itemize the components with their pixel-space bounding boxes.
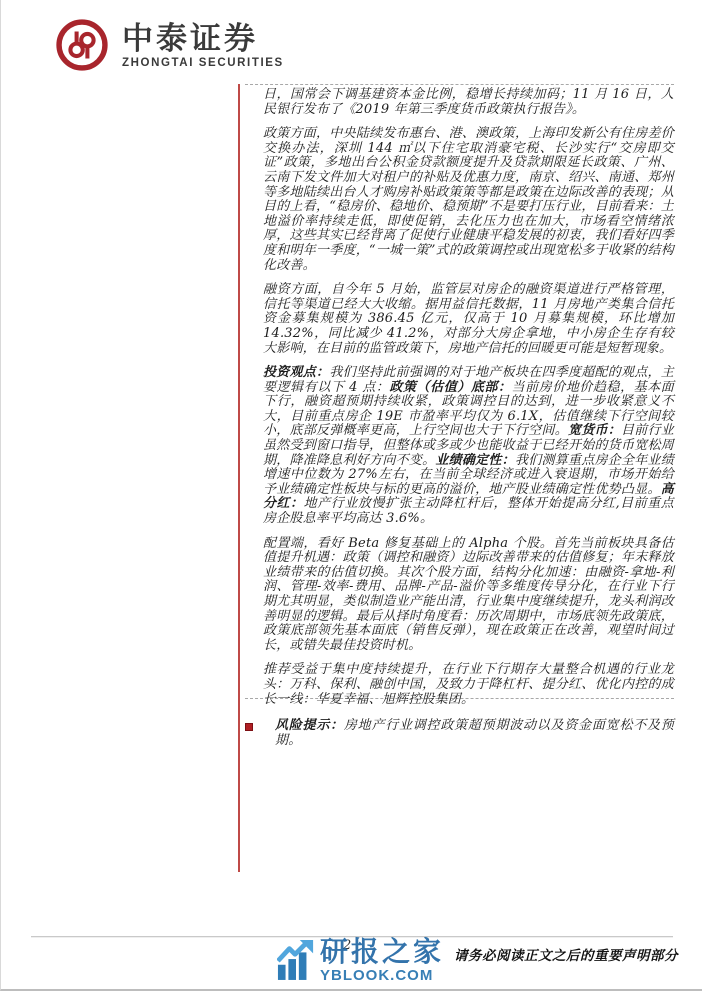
summary-left-rule: [238, 84, 240, 872]
paragraph-text: 日，国常会下调基建资本金比例，稳增长持续加码；11 月 16 日，人民银行发布了…: [263, 87, 674, 117]
paragraph: 配置端，看好 Beta 修复基础上的 Alpha 个股。首先当前板块具备估值提升…: [263, 537, 674, 654]
summary-body: 日，国常会下调基建资本金比例，稳增长持续加码；11 月 16 日，人民银行发布了…: [263, 88, 674, 748]
paragraph-text: 配置端，看好 Beta 修复基础上的 Alpha 个股。首先当前板块具备估值提升…: [263, 536, 674, 653]
paragraph-text: 地产行业放慢扩张主动降杠杆后，整体开始提高分红,目前重点房企股息率平均高达 3.…: [263, 496, 674, 526]
watermark-site: YBLOOK.COM: [320, 967, 444, 984]
summary-top-dashed-divider: [245, 84, 674, 85]
watermark-title: 研报之家: [320, 938, 444, 966]
paragraph-lead-in: 业绩确定性：: [435, 453, 515, 468]
paragraph-text: 推荐受益于集中度持续提升，在行业下行期存大量整合机遇的行业龙头：万科、保利、融创…: [263, 662, 674, 706]
paragraph: 推荐受益于集中度持续提升，在行业下行期存大量整合机遇的行业龙头：万科、保利、融创…: [263, 663, 674, 707]
paragraph-lead-in: 投资观点：: [263, 365, 329, 380]
brand-text: 中泰证券 ZHONGTAI SECURITIES: [122, 22, 284, 69]
risk-note: 风险提示：房地产行业调控政策超预期波动以及资金面宽松不及预期。: [263, 719, 674, 748]
paragraph-text: 融资方面，自今年 5 月始，监管层对房企的融资渠道进行严格管理，信托等渠道已经大…: [263, 282, 674, 355]
chart-arrow-icon: [277, 940, 315, 980]
risk-bullet-icon: [245, 723, 253, 731]
paragraph-lead-in: 政策（估值）底部：: [389, 380, 511, 395]
paragraph: 政策方面，中央陆续发布惠台、港、澳政策，上海印发新公有住房差价交换办法，深圳 1…: [263, 127, 674, 273]
yblook-watermark: 研报之家 YBLOOK.COM: [277, 938, 444, 984]
paragraph-lead-in: 宽货币：: [568, 423, 621, 438]
paragraph: 日，国常会下调基建资本金比例，稳增长持续加码；11 月 16 日，人民银行发布了…: [263, 88, 674, 117]
zhongtai-emblem-icon: [55, 18, 109, 72]
brand-name-cn: 中泰证券: [122, 22, 284, 56]
paragraph: 融资方面，自今年 5 月始，监管层对房企的融资渠道进行严格管理，信托等渠道已经大…: [263, 283, 674, 356]
brand-name-en: ZHONGTAI SECURITIES: [122, 57, 284, 69]
watermark-texts: 研报之家 YBLOOK.COM: [320, 938, 444, 984]
paragraph: 投资观点：我们坚持此前强调的对于地产板块在四季度超配的观点，主要逻辑有以下 4 …: [263, 366, 674, 527]
footer-disclaimer: 请务必阅读正文之后的重要声明部分: [454, 944, 678, 964]
brand-logo: 中泰证券 ZHONGTAI SECURITIES: [55, 18, 284, 72]
report-page: 中泰证券 ZHONGTAI SECURITIES 日，国常会下调基建资本金比例，…: [0, 0, 702, 991]
paragraph-text: 政策方面，中央陆续发布惠台、港、澳政策，上海印发新公有住房差价交换办法，深圳 1…: [263, 126, 674, 272]
risk-label: 风险提示：: [275, 718, 344, 733]
body-paragraphs: 日，国常会下调基建资本金比例，稳增长持续加码；11 月 16 日，人民银行发布了…: [263, 88, 674, 707]
